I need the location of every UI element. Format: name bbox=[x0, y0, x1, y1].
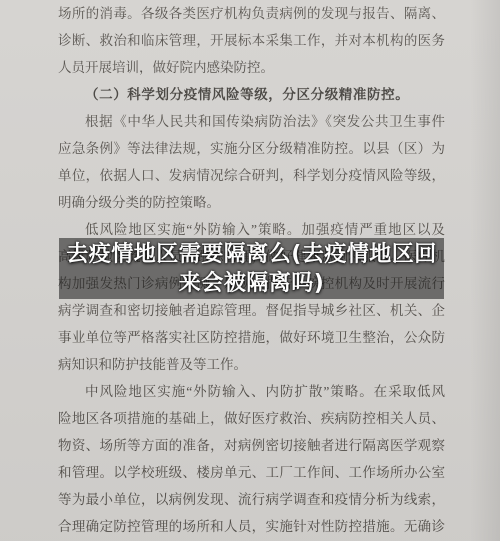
document-line: 应急条例》等法律法规，实施分区分级精准防控。以县（区）为 bbox=[58, 135, 445, 162]
document-line: 明确分级分类的防控策略。 bbox=[58, 189, 445, 216]
document-line: 单位，依据人口、发病情况综合研判，科学划分疫情风险等级， bbox=[58, 162, 445, 189]
document-page: 场所的消毒。各级各类医疗机构负责病例的发现与报告、隔离、诊断、救治和临床管理，开… bbox=[0, 0, 500, 541]
document-line: 场所的消毒。各级各类医疗机构负责病例的发现与报告、隔离、 bbox=[58, 0, 445, 27]
document-line: 险地区各项措施的基础上，做好医疗救治、疾病防控相关人员、 bbox=[58, 405, 445, 432]
document-line: 物资、场所等方面的准备，对病例密切接触者进行隔离医学观察 bbox=[58, 432, 445, 459]
document-line: 和管理。以学校班级、楼房单元、工厂工作间、工作场所办公室 bbox=[58, 459, 445, 486]
document-line: 根据《中华人民共和国传染病防治法》《突发公共卫生事件 bbox=[58, 108, 445, 135]
overlay-title-line-1: 去疫情地区需要隔离么(去疫情地区回 bbox=[66, 240, 437, 269]
document-line: 病知识和防护技能普及等工作。 bbox=[58, 351, 445, 378]
document-line: 人员开展培训，做好院内感染防控。 bbox=[58, 54, 445, 81]
document-line: 合理确定防控管理的场所和人员，实施针对性防控措施。无确诊 bbox=[58, 513, 445, 540]
document-line: 等为最小单位，以病例发现、流行病学调查和疫情分析为线索， bbox=[58, 486, 445, 513]
document-heading-line: （二）科学划分疫情风险等级，分区分级精准防控。 bbox=[58, 81, 445, 108]
overlay-title-banner: 去疫情地区需要隔离么(去疫情地区回 来会被隔离吗) bbox=[59, 238, 444, 299]
document-line: 病学调查和密切接触者追踪管理。督促指导城乡社区、机关、企 bbox=[58, 297, 445, 324]
document-line: 诊断、救治和临床管理，开展标本采集工作，并对本机构的医务 bbox=[58, 27, 445, 54]
document-line: 事业单位等严格落实社区防控措施，做好环境卫生整治，公众防 bbox=[58, 324, 445, 351]
overlay-title-line-2: 来会被隔离吗) bbox=[179, 269, 325, 298]
document-line: 中风险地区实施“外防输入、内防扩散”策略。在采取低风 bbox=[58, 378, 445, 405]
